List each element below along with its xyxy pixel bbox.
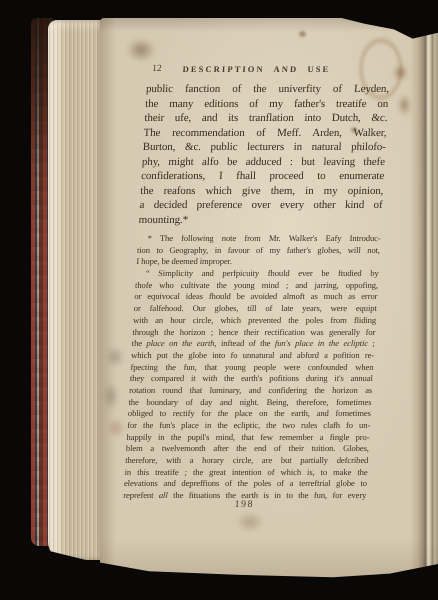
footnote-line: “ Simplicity and perfpicuity fhould ever… (135, 268, 379, 280)
footnote-line: or falfehood. Our globes, till of late y… (133, 303, 377, 315)
footnote-line: therefore, with a horary circle, are but… (125, 455, 369, 467)
footnote-block: * The following note from Mr. Walker's E… (123, 233, 381, 502)
page-text-block: 12 DESCRIPTION AND USE public fanction o… (120, 18, 393, 558)
footnote-line: obliged to rectify for the place on the … (128, 408, 372, 420)
book-page: 12 DESCRIPTION AND USE public fanction o… (100, 18, 438, 578)
stain (103, 382, 119, 410)
footnote-line: blem a twelvemonth after the end of thei… (126, 443, 370, 455)
footnote-line: the boundary of day and night. Being, th… (128, 397, 372, 409)
book-photo: 12 DESCRIPTION AND USE public fanction o… (0, 0, 438, 600)
page-number: 12 (152, 64, 162, 74)
signature-mark: 198 (122, 499, 366, 510)
stain (105, 346, 125, 368)
footnote-line: fpecting the fun, that young people were… (130, 362, 374, 374)
footnote-line: tion to Geography, in favour of my fathe… (137, 245, 381, 257)
body-line: Burton, &c. public lecturers in natural … (142, 140, 386, 155)
main-paragraph: public fanction of the univerfity of Ley… (138, 82, 389, 227)
body-line: a decided preference over every other ki… (139, 198, 383, 213)
running-title: DESCRIPTION AND USE (182, 64, 330, 74)
footnote-line: in this treatife ; the great intention o… (124, 467, 368, 479)
footnote-line: rotation round that luminary, and confid… (129, 385, 373, 397)
body-line: their ufe, and its tranflation into Dutc… (144, 111, 388, 126)
gutter-shadow (410, 18, 438, 578)
body-line: mounting.* (138, 213, 382, 228)
footnote-line: which put the globe into fo unnatural an… (131, 350, 375, 362)
running-header: 12 DESCRIPTION AND USE (147, 64, 391, 77)
footnote-line: I hope, be deemed improper. (136, 256, 380, 268)
footnote-line: or equivocal ideas fhould be avoided alm… (134, 291, 378, 303)
footnote-line: with an hour circle, which prevented the… (133, 315, 377, 327)
footnote-line: through the horizon ; hence their rectif… (132, 327, 376, 339)
stain (107, 418, 125, 438)
page-fore-edges (48, 20, 104, 560)
body-line: public fanction of the univerfity of Ley… (146, 82, 390, 97)
body-line: the many editions of my father's treatif… (145, 97, 389, 112)
foxing-spot (393, 64, 408, 81)
body-line: the reafons which give them, in my opini… (140, 184, 384, 199)
footnote-line: for the fun's place in the ecliptic, the… (127, 420, 371, 432)
footnote-line: they compared it with the earth's pofiti… (129, 373, 373, 385)
footnote-line: the place on the earth, inftead of the f… (131, 338, 375, 350)
footnote-line: happily in the pupil's mind, that few re… (126, 432, 370, 444)
footnote-line: thofe who cultivate the young mind ; and… (135, 280, 379, 292)
body-line: phy, might alfo be adduced : but leaving… (142, 155, 386, 170)
body-line: The recommendation of Meff. Arden, Walke… (143, 126, 387, 141)
body-line: confiderations, I fhall proceed to enume… (141, 169, 385, 184)
footnote-line: * The following note from Mr. Walker's E… (137, 233, 381, 245)
footnote-line: elevations and depreffions of the poles … (124, 478, 368, 490)
